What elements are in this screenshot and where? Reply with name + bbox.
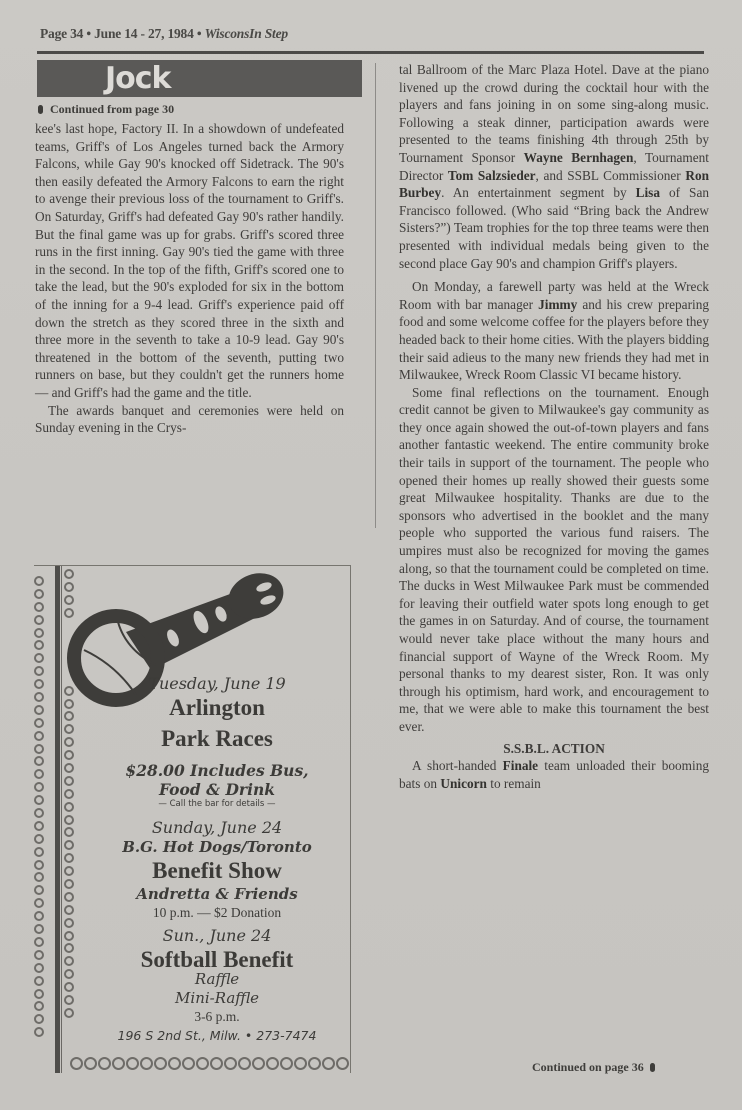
decorative-ring-border-bottom	[70, 1055, 350, 1071]
event-details: 10 p.m. — $2 Donation	[84, 904, 350, 921]
paragraph: On Monday, a farewell party was held at …	[399, 278, 709, 384]
paragraph: A short-handed Finale team unloaded thei…	[399, 757, 709, 792]
section-banner	[37, 60, 362, 97]
column-divider	[375, 63, 376, 528]
article-column-right: tal Ballroom of the Marc Plaza Hotel. Da…	[399, 61, 709, 792]
team-name: Unicorn	[440, 776, 487, 791]
event-item: Mini-Raffle	[84, 989, 350, 1008]
paragraph: kee's last hope, Factory II. In a showdo…	[35, 120, 344, 402]
event-title: Benefit Show	[84, 857, 350, 885]
event-title: Park Races	[84, 725, 350, 753]
event-date: Sun., June 24	[84, 926, 350, 946]
event-performers: Andretta & Friends	[84, 885, 350, 904]
team-name: Finale	[503, 758, 538, 773]
page-folio: Page 34 • June 14 - 27, 1984 • WisconsIn…	[40, 26, 288, 42]
section-title: Jock	[105, 60, 171, 98]
decorative-ring-border-left	[34, 576, 54, 1040]
person-name: Tom Salzsieder	[448, 168, 536, 183]
page-number: Page 34	[40, 26, 83, 41]
paragraph: The awards banquet and ceremonies were h…	[35, 402, 344, 437]
continued-on-text: Continued on page 36	[532, 1060, 644, 1074]
continued-from-text: Continued from page 30	[50, 102, 174, 116]
person-name: Jimmy	[538, 297, 577, 312]
event-title: Arlington	[84, 694, 350, 722]
person-name: Lisa	[636, 185, 660, 200]
event-price: Food & Drink	[84, 780, 350, 799]
continued-from-line: Continued from page 30	[38, 102, 174, 117]
publication-name: WisconsIn Step	[205, 26, 288, 41]
event-subtitle: B.G. Hot Dogs/Toronto	[84, 838, 350, 857]
bar-address: 196 S 2nd St., Milw. • 273-7474	[84, 1028, 350, 1043]
separator: •	[197, 26, 202, 41]
jump-marker-icon	[38, 105, 43, 114]
event-item: Raffle	[84, 970, 350, 989]
paragraph: tal Ballroom of the Marc Plaza Hotel. Da…	[399, 61, 709, 272]
subheading: S.S.B.L. ACTION	[399, 740, 709, 758]
article-column-left: kee's last hope, Factory II. In a showdo…	[35, 120, 344, 437]
ad-events: Tuesday, June 19 Arlington Park Races $2…	[84, 674, 350, 1043]
issue-date: June 14 - 27, 1984	[94, 26, 194, 41]
game-bar-advertisement: Tuesday, June 19 Arlington Park Races $2…	[34, 565, 351, 1073]
event-date: Tuesday, June 19	[84, 674, 350, 694]
jump-marker-icon	[650, 1063, 655, 1072]
newspaper-page: Page 34 • June 14 - 27, 1984 • WisconsIn…	[0, 0, 742, 1110]
event-date: Sunday, June 24	[84, 818, 350, 838]
header-rule	[37, 51, 704, 54]
event-time: 3-6 p.m.	[84, 1008, 350, 1025]
person-name: Wayne Bernhagen	[524, 150, 634, 165]
continued-on-line: Continued on page 36	[532, 1060, 655, 1075]
event-price: $28.00 Includes Bus,	[84, 761, 350, 780]
separator: •	[86, 26, 91, 41]
event-note: — Call the bar for details —	[84, 799, 350, 810]
paragraph: Some final reflections on the tournament…	[399, 384, 709, 736]
